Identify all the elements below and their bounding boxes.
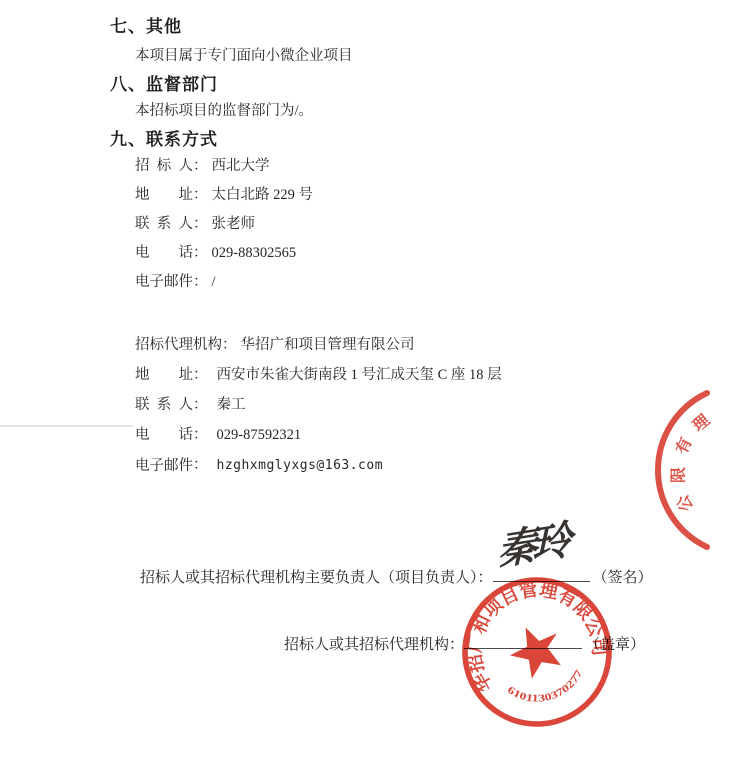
signature-line-responsible: 招标人或其招标代理机构主要负责人（项目负责人）：（签名） — [140, 566, 653, 587]
field-value: 西安市朱雀大街南段 1 号汇成天玺 C 座 18 层 — [208, 367, 502, 383]
field-label: 地 址 — [135, 181, 193, 210]
section-body-supervisory: 本招标项目的监督部门为/。 — [135, 99, 313, 120]
field-value: 西北大学 — [208, 158, 270, 174]
field-colon: ： — [193, 390, 208, 420]
contact-row: 电 话：029-87592321 — [135, 420, 502, 450]
contact-row: 联 系 人：张老师 — [135, 210, 313, 239]
field-colon: ： — [193, 210, 208, 239]
seal-partial-char: 理 — [689, 410, 714, 435]
section-heading-contact: 九、联系方式 — [110, 125, 218, 150]
contact-row: 招 标 人：西北大学 — [135, 152, 313, 181]
seal-ring-arc — [658, 393, 707, 547]
field-label: 电子邮件 — [135, 451, 193, 481]
field-value-email: hzghxmglyxgs@163.com — [208, 458, 384, 473]
field-colon: ： — [193, 450, 208, 480]
svg-text:6101130370277: 6101130370277 — [503, 665, 590, 713]
agency-contact-block: 招标代理机构：华招广和项目管理有限公司 地 址：西安市朱雀大街南段 1 号汇成天… — [135, 330, 502, 480]
field-value: / — [208, 274, 216, 290]
field-value: 秦工 — [208, 397, 246, 413]
contact-row: 招标代理机构：华招广和项目管理有限公司 — [135, 330, 502, 360]
field-label: 联 系 人 — [135, 210, 193, 239]
tenderer-contact-block: 招 标 人：西北大学 地 址：太白北路 229 号 联 系 人：张老师 电 话：… — [135, 152, 313, 297]
field-label: 电子邮件 — [135, 268, 193, 297]
document-page: 七、其他 本项目属于专门面向小微企业项目 八、监督部门 本招标项目的监督部门为/… — [0, 0, 753, 778]
company-seal-partial: 理 有 限 公 — [646, 385, 753, 555]
signature-line-agency: 招标人或其招标代理机构：（盖章） — [284, 633, 645, 654]
field-label: 电 话 — [135, 420, 193, 450]
seal-partial-char: 有 — [672, 434, 696, 457]
field-colon: ： — [193, 152, 208, 181]
signature-suffix: （盖章） — [582, 637, 645, 653]
seal-serial-number: 6101130370277 — [503, 665, 590, 713]
section-heading-supervisory: 八、监督部门 — [110, 70, 218, 95]
contact-row: 电子邮件：hzghxmglyxgs@163.com — [135, 450, 502, 480]
contact-row: 电 话：029-88302565 — [135, 239, 313, 268]
seal-partial-char: 限 — [669, 467, 688, 483]
section-body-other: 本项目属于专门面向小微企业项目 — [135, 44, 353, 65]
signature-label: 招标人或其招标代理机构主要负责人（项目负责人）： — [140, 570, 493, 586]
field-label: 招 标 人 — [135, 152, 193, 181]
scan-artifact-line — [0, 425, 133, 427]
field-value: 029-88302565 — [208, 245, 297, 261]
seal-partial-char: 公 — [673, 491, 696, 514]
field-colon: ： — [193, 360, 208, 390]
field-colon: ： — [222, 330, 237, 360]
field-colon: ： — [193, 239, 208, 268]
section-heading-other: 七、其他 — [110, 12, 182, 37]
contact-row: 地 址：太白北路 229 号 — [135, 181, 313, 210]
field-colon: ： — [193, 268, 208, 297]
field-label: 电 话 — [135, 239, 193, 268]
contact-row: 电子邮件：/ — [135, 268, 313, 297]
field-label: 地 址 — [135, 360, 193, 390]
field-colon: ： — [193, 420, 208, 450]
field-value: 太白北路 229 号 — [208, 187, 314, 203]
contact-row: 联 系 人：秦工 — [135, 390, 502, 420]
signature-suffix: （签名） — [590, 570, 653, 586]
contact-row: 地 址：西安市朱雀大街南段 1 号汇成天玺 C 座 18 层 — [135, 360, 502, 390]
field-colon: ： — [193, 181, 208, 210]
signature-label: 招标人或其招标代理机构： — [284, 637, 464, 653]
field-value: 华招广和项目管理有限公司 — [237, 337, 415, 353]
field-label: 招标代理机构 — [135, 330, 222, 360]
field-value: 张老师 — [208, 216, 256, 232]
handwritten-signature: 秦玲 — [497, 508, 567, 577]
signature-blank-line — [464, 633, 582, 649]
field-value: 029-87592321 — [208, 427, 302, 443]
field-label: 联 系 人 — [135, 390, 193, 420]
